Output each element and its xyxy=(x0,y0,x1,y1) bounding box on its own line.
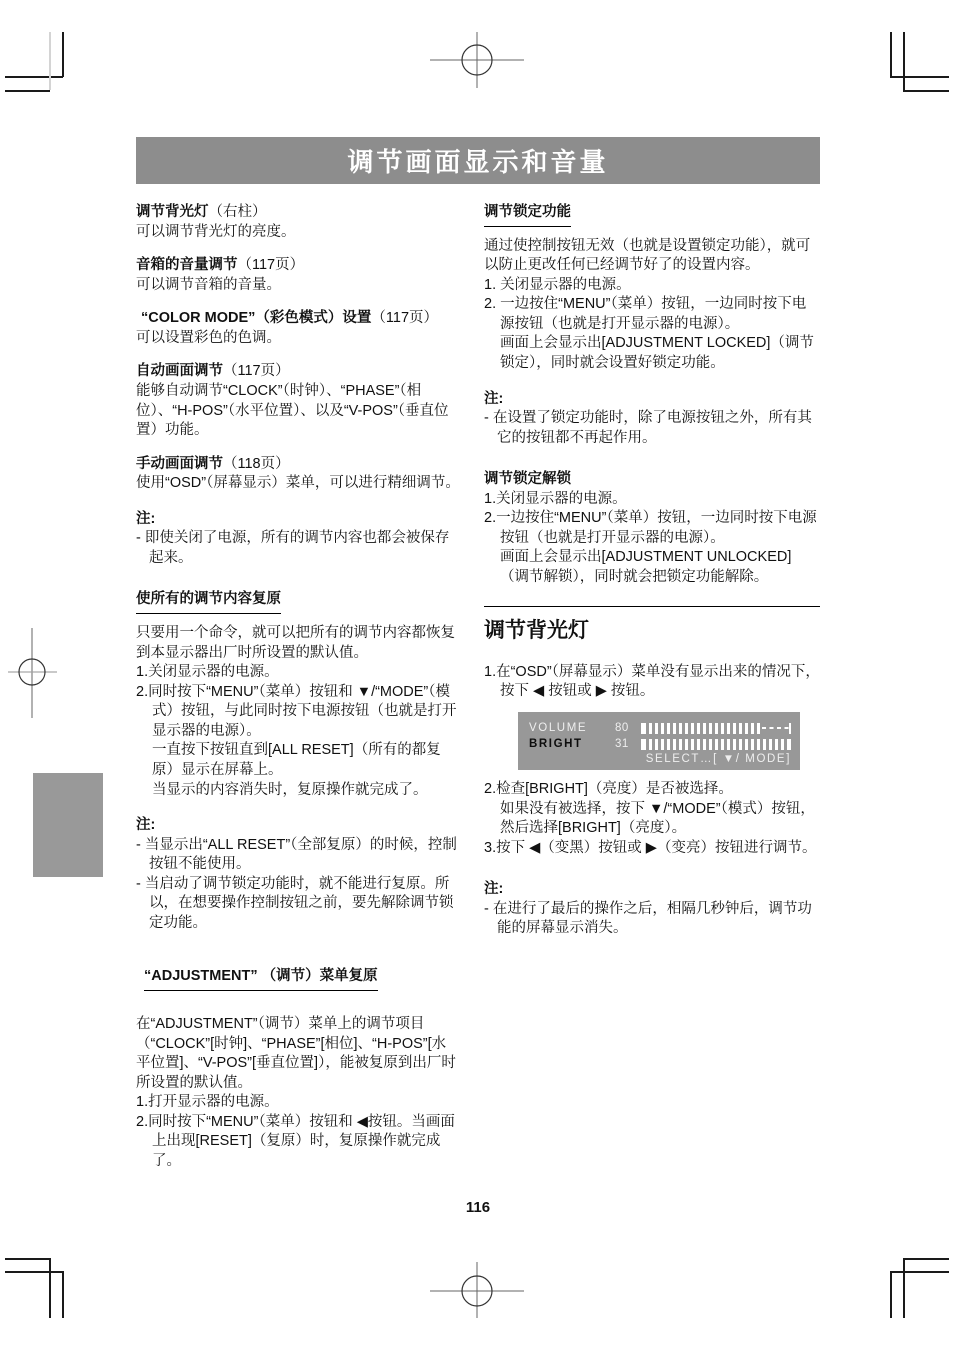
body-text: 可以设置彩色的色调。 xyxy=(136,329,460,349)
registration-mark-top-center xyxy=(425,28,529,92)
page-number: 116 xyxy=(136,1199,820,1216)
osd-volume-bar xyxy=(641,723,791,734)
page-title: 调节画面显示和音量 xyxy=(347,142,608,179)
step: 1.关闭显示器的电源。 xyxy=(136,663,460,683)
substep: 如果没有被选择，按下 ▼/“MODE”（模式）按钮，然后选择[BRIGHT]（亮… xyxy=(484,800,820,839)
note-item: - 在设置了锁定功能时，除了电源按钮之外，所有其它的按钮都不再起作用。 xyxy=(484,409,820,448)
step: 1.在“OSD”（屏幕显示）菜单没有显示出来的情况下，按下 ◀ 按钮或 ▶ 按钮… xyxy=(484,663,820,702)
step: 2.同时按下“MENU”（菜单）按钮和 ◀按钮。当画面上出现[RESET]（复原… xyxy=(136,1113,460,1172)
section-manual-adjust: 手动画面调节（118页） 使用“OSD”（屏幕显示）菜单，可以进行精细调节。 xyxy=(136,455,460,494)
osd-bright-bar xyxy=(641,739,791,750)
heading-ref: （117页） xyxy=(371,310,438,326)
heading: 调节背光灯 xyxy=(136,204,209,220)
underlined-heading: 调节锁定功能 xyxy=(484,203,571,227)
thumb-index-tab xyxy=(33,773,103,877)
body-text: 只要用一个命令，就可以把所有的调节内容都恢复到本显示器出厂时所设置的默认值。 xyxy=(136,624,460,663)
substep: 当显示的内容消失时，复原操作就完成了。 xyxy=(136,781,460,801)
heading-ref: （右柱） xyxy=(209,204,267,220)
note-block: 注: - 当显示出“ALL RESET”（全部复原）的时候，控制按钮不能使用。 … xyxy=(136,816,460,933)
section-adjustment-unlock: 调节锁定解锁 1.关闭显示器的电源。 2.一边按住“MENU”（菜单）按钮，一边… xyxy=(484,470,820,587)
content-columns: 调节背光灯（右柱） 可以调节背光灯的亮度。 音箱的音量调节（117页） 可以调节… xyxy=(136,203,820,1186)
section-heading-backlight: 调节背光灯 xyxy=(484,617,820,645)
note-item: - 即使关闭了电源，所有的调节内容也都会被保存起来。 xyxy=(136,529,460,568)
note-block: 注: - 即使关闭了电源，所有的调节内容也都会被保存起来。 xyxy=(136,510,460,569)
body-text: 可以调节背光灯的亮度。 xyxy=(136,223,460,243)
underlined-heading: “ADJUSTMENT” （调节）菜单复原 xyxy=(144,967,378,991)
heading: 手动画面调节 xyxy=(136,456,223,472)
heading-ref: （117页） xyxy=(223,363,290,379)
step: 2.一边按住“MENU”（菜单）按钮，一边同时按下电源按钮（也就是打开显示器的电… xyxy=(484,509,820,548)
step: 1.关闭显示器的电源。 xyxy=(484,490,820,510)
section-adjustment-reset-body: 在“ADJUSTMENT”（调节）菜单上的调节项目（“CLOCK”[时钟]、“P… xyxy=(136,1015,460,1172)
step: 3.按下 ◀（变黑）按钮或 ▶（变亮）按钮进行调节。 xyxy=(484,839,820,859)
osd-bright-label: BRIGHT xyxy=(529,738,615,750)
osd-row-volume: VOLUME 80 xyxy=(529,720,791,736)
section-all-reset: 使所有的调节内容复原 只要用一个命令，就可以把所有的调节内容都恢复到本显示器出厂… xyxy=(136,590,460,800)
body-text: 使用“OSD”（屏幕显示）菜单，可以进行精细调节。 xyxy=(136,474,460,494)
osd-row-bright: BRIGHT 31 xyxy=(529,736,791,752)
note-item: - 当启动了调节锁定功能时，就不能进行复原。所以，在想要操作控制按钮之前，要先解… xyxy=(136,875,460,934)
note-heading: 注: xyxy=(484,390,820,410)
substep: 画面上会显示出[ADJUSTMENT LOCKED]（调节锁定），同时就会设置好… xyxy=(484,334,820,373)
underlined-heading: 使所有的调节内容复原 xyxy=(136,590,281,614)
step: 1. 关闭显示器的电源。 xyxy=(484,276,820,296)
registration-mark-bottom-center xyxy=(425,1260,529,1322)
page-title-bar: 调节画面显示和音量 xyxy=(136,137,820,184)
note-item: - 在进行了最后的操作之后，相隔几秒钟后，调节功能的屏幕显示消失。 xyxy=(484,900,820,939)
note-block: 注: - 在进行了最后的操作之后，相隔几秒钟后，调节功能的屏幕显示消失。 xyxy=(484,880,820,939)
section-divider xyxy=(484,606,820,607)
note-heading: 注: xyxy=(484,880,820,900)
body-text: 通过使控制按钮无效（也就是设置锁定功能），就可以防止更改任何已经调节好了的设置内… xyxy=(484,237,820,276)
note-heading: 注: xyxy=(136,816,460,836)
heading: “COLOR MODE”（彩色模式）设置 xyxy=(141,310,371,326)
section-backlight-ref: 调节背光灯（右柱） 可以调节背光灯的亮度。 xyxy=(136,203,460,242)
left-column: 调节背光灯（右柱） 可以调节背光灯的亮度。 音箱的音量调节（117页） 可以调节… xyxy=(136,203,460,1186)
step: 2.同时按下“MENU”（菜单）按钮和 ▼/“MODE”（模式）按钮，与此同时按… xyxy=(136,683,460,742)
note-heading: 注: xyxy=(136,510,460,530)
osd-volume-value: 80 xyxy=(615,722,637,734)
section-backlight-steps: 1.在“OSD”（屏幕显示）菜单没有显示出来的情况下，按下 ◀ 按钮或 ▶ 按钮… xyxy=(484,663,820,858)
heading: 自动画面调节 xyxy=(136,363,223,379)
heading-ref: （118页） xyxy=(223,456,290,472)
osd-menu-graphic: VOLUME 80 BRIGHT 31 SELECT…[ ▼/ MODE] xyxy=(518,712,800,770)
right-column: 调节锁定功能 通过使控制按钮无效（也就是设置锁定功能），就可以防止更改任何已经调… xyxy=(484,203,820,1186)
substep: 一直按下按钮直到[ALL RESET]（所有的都复原）显示在屏幕上。 xyxy=(136,741,460,780)
osd-volume-label: VOLUME xyxy=(529,722,615,734)
step: 2. 一边按住“MENU”（菜单）按钮，一边同时按下电源按钮（也就是打开显示器的… xyxy=(484,295,820,334)
section-adjustment-reset: “ADJUSTMENT” （调节）菜单复原 xyxy=(136,967,460,1001)
osd-select-hint: SELECT…[ ▼/ MODE] xyxy=(529,753,791,765)
note-block: 注: - 在设置了锁定功能时，除了电源按钮之外，所有其它的按钮都不再起作用。 xyxy=(484,390,820,449)
section-adjustment-lock: 调节锁定功能 通过使控制按钮无效（也就是设置锁定功能），就可以防止更改任何已经调… xyxy=(484,203,820,374)
body-text: 能够自动调节“CLOCK”（时钟）、“PHASE”（相位）、“H-POS”（水平… xyxy=(136,382,460,441)
section-auto-adjust: 自动画面调节（117页） 能够自动调节“CLOCK”（时钟）、“PHASE”（相… xyxy=(136,362,460,440)
heading: 音箱的音量调节 xyxy=(136,257,238,273)
section-color-mode: “COLOR MODE”（彩色模式）设置（117页） 可以设置彩色的色调。 xyxy=(136,309,460,348)
section-volume-ref: 音箱的音量调节（117页） 可以调节音箱的音量。 xyxy=(136,256,460,295)
body-text: 可以调节音箱的音量。 xyxy=(136,276,460,296)
substep: 画面上会显示出[ADJUSTMENT UNLOCKED]（调节解锁），同时就会把… xyxy=(484,548,820,587)
registration-mark-left-middle xyxy=(0,626,62,720)
manual-page: 调节画面显示和音量 调节背光灯（右柱） 可以调节背光灯的亮度。 音箱的音量调节（… xyxy=(0,0,954,1351)
note-item: - 当显示出“ALL RESET”（全部复原）的时候，控制按钮不能使用。 xyxy=(136,836,460,875)
step: 1.打开显示器的电源。 xyxy=(136,1093,460,1113)
heading-ref: （117页） xyxy=(238,257,305,273)
step: 2.检查[BRIGHT]（亮度）是否被选择。 xyxy=(484,780,820,800)
body-text: 在“ADJUSTMENT”（调节）菜单上的调节项目（“CLOCK”[时钟]、“P… xyxy=(136,1015,460,1093)
osd-bright-value: 31 xyxy=(615,738,637,750)
heading: 调节锁定解锁 xyxy=(484,470,820,490)
